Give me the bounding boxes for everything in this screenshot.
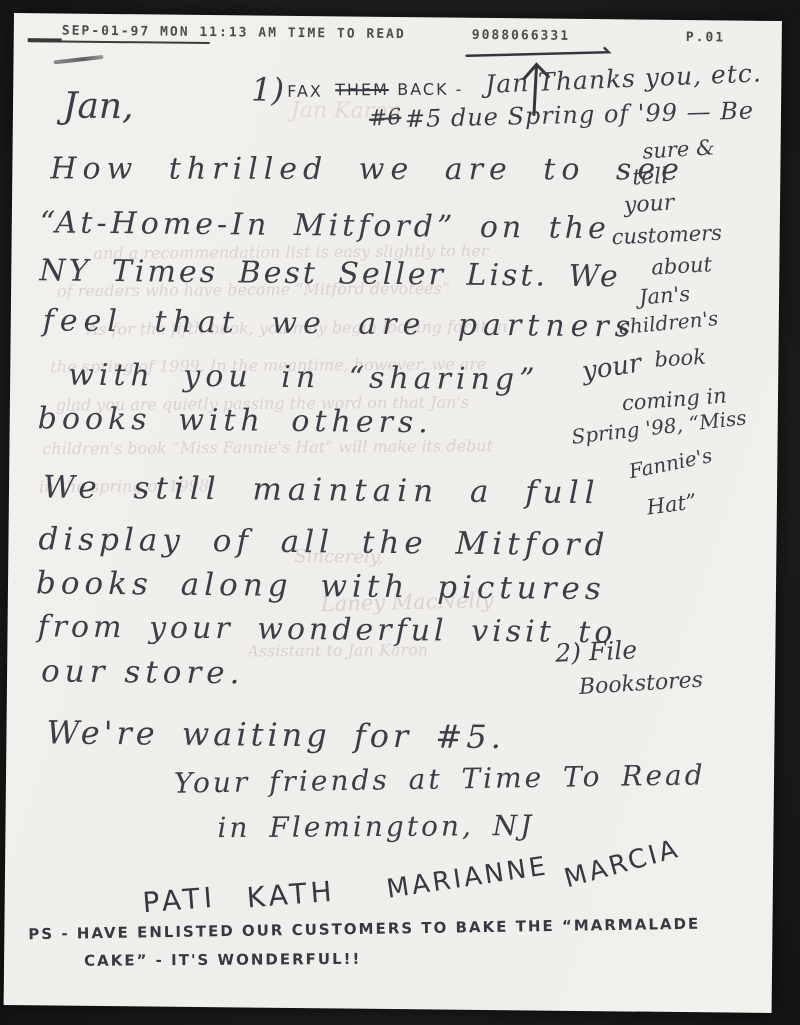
letter-line: How thrilled we are to see bbox=[50, 151, 685, 187]
annotation-1-number: 1) bbox=[251, 70, 284, 108]
letter-line: our store. bbox=[41, 653, 245, 691]
fax-header-page: P.01 bbox=[686, 30, 725, 45]
annotation-due-line: #5 due Spring of '99 — Be bbox=[405, 97, 755, 134]
margin-word: Fannie's bbox=[627, 443, 714, 483]
ps-line-1: PS - HAVE ENLISTED OUR CUSTOMERS TO BAKE… bbox=[28, 915, 700, 944]
letter-line: “At-Home-In Mitford” on the bbox=[40, 205, 610, 246]
letter-line: NY Times Best Seller List. We bbox=[39, 253, 621, 294]
margin-word: your bbox=[623, 190, 675, 218]
signature-marcia: MARCIA bbox=[561, 834, 683, 894]
letter-greeting: Jan, bbox=[63, 86, 134, 128]
signature-pati: PATI bbox=[141, 881, 217, 920]
letter-line: We still maintain a full bbox=[43, 469, 601, 511]
letter-line: feel that we are partners bbox=[43, 303, 637, 344]
annotation-2-line1: 2) File bbox=[555, 635, 638, 667]
scanned-fax-photo: { "fax_header": { "date_line": "SEP-01-9… bbox=[0, 0, 800, 1025]
ps-line-2: CAKE” - IT'S WONDERFUL!! bbox=[84, 950, 361, 970]
fax-paper: SEP-01-97 MON 11:13 AM TIME TO READ 9088… bbox=[4, 13, 782, 1013]
letter-line: your bbox=[580, 348, 643, 386]
letter-line: with you in “sharing” bbox=[68, 358, 540, 398]
letter-line: books with others. bbox=[38, 401, 433, 440]
letter-closing-3: in Flemington, NJ bbox=[217, 809, 534, 844]
annotation-fax-word: FAX bbox=[287, 82, 323, 101]
margin-word: customers bbox=[611, 221, 722, 250]
margin-word: Hat” bbox=[645, 489, 698, 519]
letter-line: from your wonderful visit to bbox=[37, 609, 616, 650]
staple bbox=[53, 55, 103, 65]
letter-line: display of all the Mitford bbox=[38, 521, 609, 563]
margin-word: book bbox=[654, 345, 707, 372]
letter-closing-2: Your friends at Time To Read bbox=[174, 758, 706, 799]
header-underline-heavy bbox=[28, 38, 62, 42]
signature-marianne: MARIANNE bbox=[385, 851, 551, 905]
letter-closing-1: We're waiting for #5. bbox=[46, 713, 505, 756]
margin-word: Jan's bbox=[638, 282, 691, 310]
annotation-2-line2: Bookstores bbox=[578, 668, 703, 700]
annotation-back-word: BACK - bbox=[397, 80, 463, 99]
annotation-struck-number: #6 bbox=[368, 105, 402, 132]
margin-word: about bbox=[651, 252, 713, 280]
fax-header-date: SEP-01-97 MON 11:13 AM TIME TO READ bbox=[62, 24, 406, 43]
annotation-them-word-struck: THEM bbox=[335, 80, 389, 99]
signature-kath: KATH bbox=[245, 875, 336, 915]
letter-line: books along with pictures bbox=[36, 565, 606, 607]
